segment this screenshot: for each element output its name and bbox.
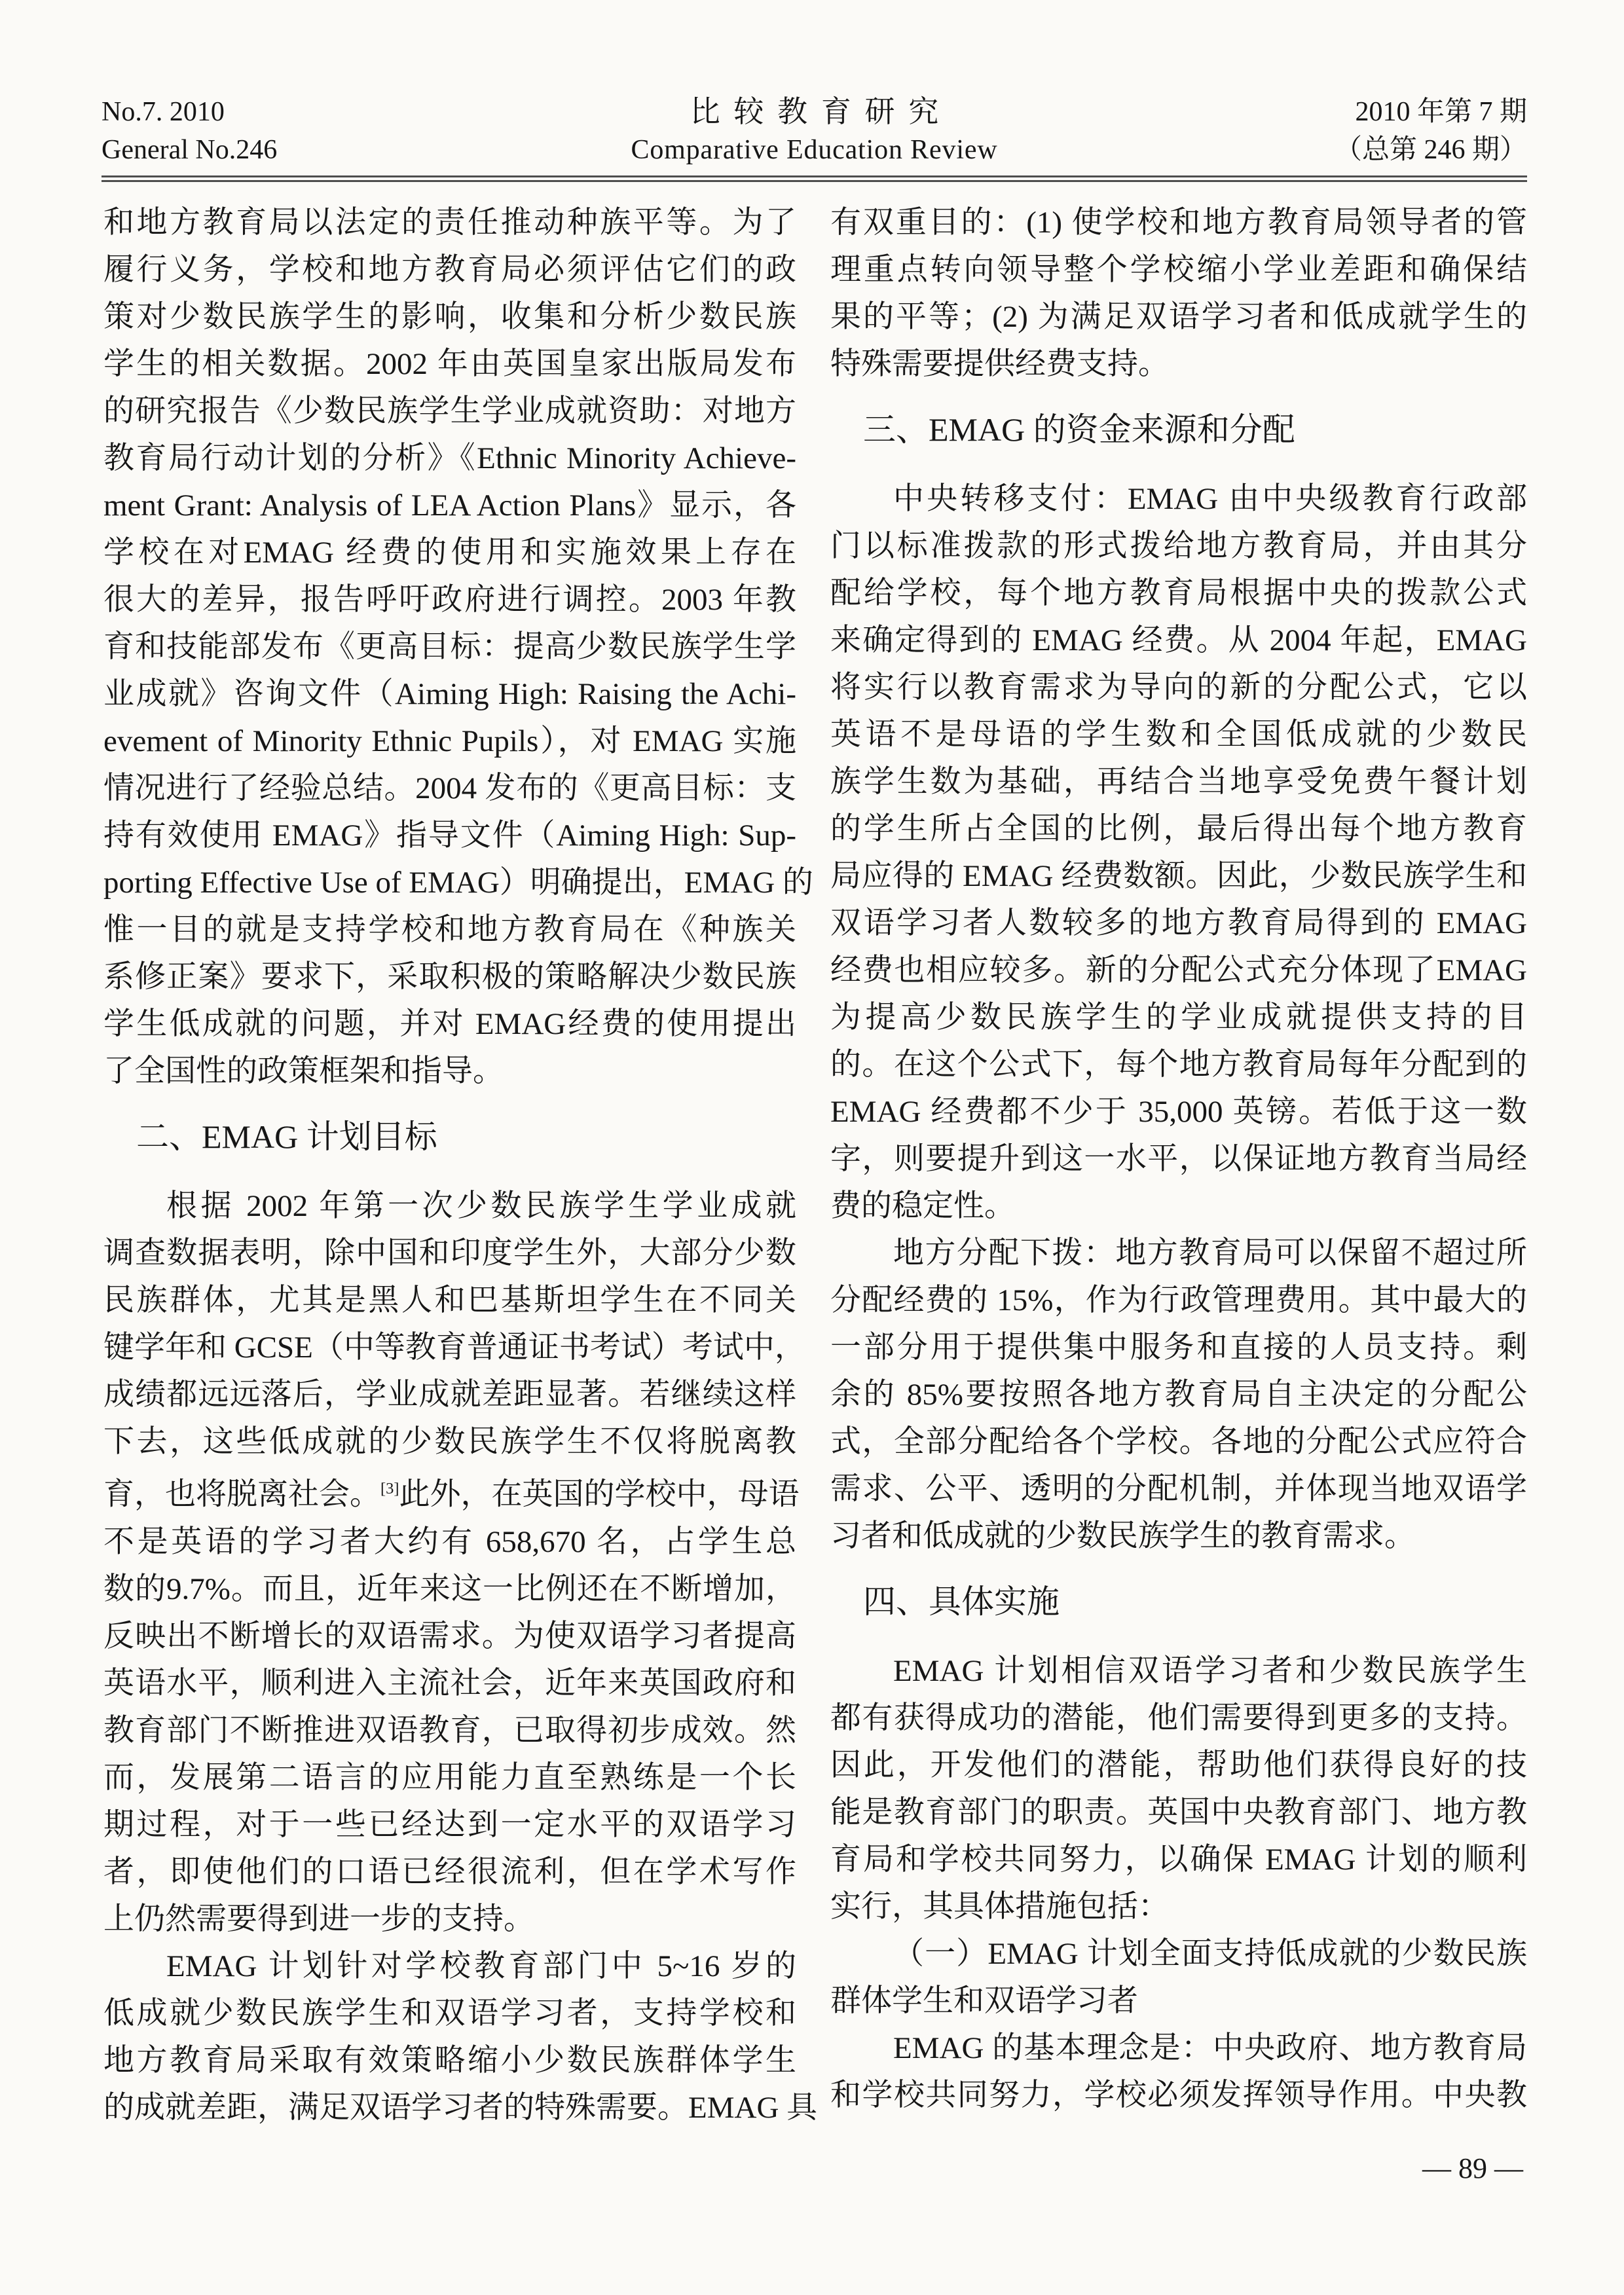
body-text-line: 了全国性的政策框架和指导。 [103,1048,796,1095]
body-text-line: 键学年和 GCSE（中等教育普通证书考试）考试中， [103,1324,796,1371]
body-text-line: 下去，这些低成就的少数民族学生不仅将脱离教 [103,1418,796,1465]
body-text-line: 业成就》咨询文件（Aiming High: Raising the Achi- [103,670,796,718]
body-text-line: porting Effective Use of EMAG）明确提出，EMAG … [103,859,796,906]
body-text-line: 将实行以教育需求为导向的新的分配公式，它以 [830,664,1527,711]
body-text-line: EMAG 计划相信双语学习者和少数民族学生 [830,1647,1527,1695]
body-text-line: 地方分配下拨：地方教育局可以保留不超过所 [830,1230,1527,1277]
body-text-line: ment Grant: Analysis of LEA Action Plans… [103,482,796,529]
body-text-line: 育局和学校共同努力，以确保 EMAG 计划的顺利 [830,1836,1527,1883]
body-text-line: 育，也将脱离社会。[3]此外，在英国的学校中，母语 [103,1465,796,1518]
journal-page: No.7. 2010 General No.246 比较教育研究 Compara… [0,0,1624,2295]
body-text-line: 特殊需要提供经费支持。 [830,340,1527,388]
journal-title-chinese: 比较教育研究 [101,93,1527,131]
body-text-line: 教育局行动计划的分析》《Ethnic Minority Achieve- [103,435,796,482]
issue-number-chinese: 2010 年第 7 期 [1335,93,1527,131]
body-text-line: 字，则要提升到这一水平，以保证地方教育当局经 [830,1135,1527,1183]
body-text-line: 上仍然需要得到进一步的支持。 [103,1896,796,1943]
body-text-line: 式，全部分配给各个学校。各地的分配公式应符合 [830,1418,1527,1465]
body-text-line: 需求、公平、透明的分配机制，并体现当地双语学 [830,1465,1527,1513]
section-heading: 四、具体实施 [830,1578,1527,1625]
body-text-line: EMAG 的基本理念是：中央政府、地方教育局 [830,2025,1527,2072]
body-text-line: 双语学习者人数较多的地方教育局得到的 EMAG [830,900,1527,947]
body-text-line: 策对少数民族学生的影响，收集和分析少数民族 [103,293,796,340]
right-column: 有双重目的：(1) 使学校和地方教育局领导者的管理重点转向领导整个学校缩小学业差… [830,199,1527,2188]
body-text-line: 群体学生和双语学习者 [830,1977,1527,2025]
body-text-line: 履行义务，学校和地方教育局必须评估它们的政 [103,246,796,293]
left-column: 和地方教育局以法定的责任推动种族平等。为了履行义务，学校和地方教育局必须评估它们… [103,199,796,2131]
body-text-line: 因此，开发他们的潜能，帮助他们获得良好的技 [830,1742,1527,1789]
body-text-line: 英语水平，顺利进入主流社会，近年来英国政府和 [103,1660,796,1707]
body-text-line: 学校在对EMAG 经费的使用和实施效果上存在 [103,529,796,576]
body-text-line: evement of Minority Ethnic Pupils），对 EMA… [103,718,796,765]
body-text-line: 情况进行了经验总结。2004 发布的《更高目标：支 [103,765,796,812]
body-text-line: 实行，其具体措施包括： [830,1883,1527,1930]
body-text-line: 教育部门不断推进双语教育，已取得初步成效。然 [103,1707,796,1754]
body-text-line: 习者和低成就的少数民族学生的教育需求。 [830,1513,1527,1560]
body-text-line: 调查数据表明，除中国和印度学生外，大部分少数 [103,1230,796,1277]
body-text-line: （一）EMAG 计划全面支持低成就的少数民族 [830,1930,1527,1977]
body-text-line: 英语不是母语的学生数和全国低成就的少数民 [830,711,1527,758]
body-text-line: 配给学校，每个地方教育局根据中央的拨款公式 [830,570,1527,617]
body-text-line: 者，即使他们的口语已经很流利，但在学术写作 [103,1848,796,1896]
body-text-line: 数的9.7%。而且，近年来这一比例还在不断增加， [103,1566,796,1613]
page-number: — 89 — [830,2149,1527,2188]
body-text-line: 民族群体，尤其是黑人和巴基斯坦学生在不同关 [103,1277,796,1324]
body-text-line: 的研究报告《少数民族学生学业成就资助：对地方 [103,388,796,435]
body-text-line: 理重点转向领导整个学校缩小学业差距和确保结 [830,246,1527,293]
body-text-line: 分配经费的 15%，作为行政管理费用。其中最大的 [830,1277,1527,1324]
body-text-line: 系修正案》要求下，采取积极的策略解决少数民族 [103,953,796,1001]
body-text-line: 能是教育部门的职责。英国中央教育部门、地方教 [830,1789,1527,1836]
body-text-line: 低成就少数民族学生和双语学习者，支持学校和 [103,1990,796,2037]
body-text-line: 学生的相关数据。2002 年由英国皇家出版局发布 [103,340,796,388]
header-journal-block: 比较教育研究 Comparative Education Review [101,93,1527,169]
journal-title-english: Comparative Education Review [101,131,1527,169]
body-text-line: 为提高少数民族学生的学业成就提供支持的目 [830,994,1527,1041]
body-text-line: EMAG 计划针对学校教育部门中 5~16 岁的 [103,1943,796,1990]
body-text-line: 都有获得成功的潜能，他们需要得到更多的支持。 [830,1695,1527,1742]
body-text-line: 费的稳定性。 [830,1183,1527,1230]
body-text-line: 持有效使用 EMAG》指导文件（Aiming High: Sup- [103,812,796,859]
body-text-line: 族学生数为基础，再结合当地享受免费午餐计划 [830,758,1527,805]
header-double-rule [101,175,1527,182]
body-text-line: 一部分用于提供集中服务和直接的人员支持。剩 [830,1324,1527,1371]
body-text-line: 成绩都远远落后，学业成就差距显著。若继续这样 [103,1371,796,1418]
footnote-ref: [3] [380,1480,399,1497]
body-text-line: 的学生所占全国的比例，最后得出每个地方教育 [830,805,1527,853]
body-text-line: EMAG 经费都不少于 35,000 英镑。若低于这一数 [830,1088,1527,1135]
body-text-line: 学生低成就的问题，并对 EMAG经费的使用提出 [103,1001,796,1048]
body-text-line: 而，发展第二语言的应用能力直至熟练是一个长 [103,1754,796,1801]
body-text-line: 中央转移支付：EMAG 由中央级教育行政部 [830,475,1527,523]
body-text-line: 育和技能部发布《更高目标：提高少数民族学生学 [103,623,796,670]
section-heading: 二、EMAG 计划目标 [103,1113,796,1160]
section-heading: 三、EMAG 的资金来源和分配 [830,406,1527,453]
body-text-line: 反映出不断增长的双语需求。为使双语学习者提高 [103,1613,796,1660]
body-text-line: 惟一目的就是支持学校和地方教育局在《种族关 [103,906,796,953]
header-issue-block-chinese: 2010 年第 7 期 （总第 246 期） [1335,93,1527,169]
page-header: No.7. 2010 General No.246 比较教育研究 Compara… [101,93,1527,165]
body-text-line: 余的 85%要按照各地方教育局自主决定的分配公 [830,1371,1527,1418]
body-text-line: 根据 2002 年第一次少数民族学生学业成就 [103,1183,796,1230]
body-text-line: 来确定得到的 EMAG 经费。从 2004 年起，EMAG [830,617,1527,664]
body-text-line: 不是英语的学习者大约有 658,670 名，占学生总 [103,1518,796,1566]
body-text-line: 期过程，对于一些已经达到一定水平的双语学习 [103,1801,796,1848]
body-text-line: 地方教育局采取有效策略缩小少数民族群体学生 [103,2037,796,2084]
body-text-line: 有双重目的：(1) 使学校和地方教育局领导者的管 [830,199,1527,246]
body-text-line: 果的平等；(2) 为满足双语学习者和低成就学生的 [830,293,1527,340]
general-number-chinese: （总第 246 期） [1335,131,1527,169]
body-text-line: 经费也相应较多。新的分配公式充分体现了EMAG [830,947,1527,994]
body-text-line: 的。在这个公式下，每个地方教育局每年分配到的 [830,1041,1527,1088]
body-text-line: 和学校共同努力，学校必须发挥领导作用。中央教 [830,2072,1527,2119]
body-text-line: 的成就差距，满足双语学习者的特殊需要。EMAG 具 [103,2084,796,2131]
body-text-line: 局应得的 EMAG 经费数额。因此，少数民族学生和 [830,853,1527,900]
body-text-line: 和地方教育局以法定的责任推动种族平等。为了 [103,199,796,246]
body-text-line: 门以标准拨款的形式拨给地方教育局，并由其分 [830,523,1527,570]
body-text-line: 很大的差异，报告呼吁政府进行调控。2003 年教 [103,576,796,623]
